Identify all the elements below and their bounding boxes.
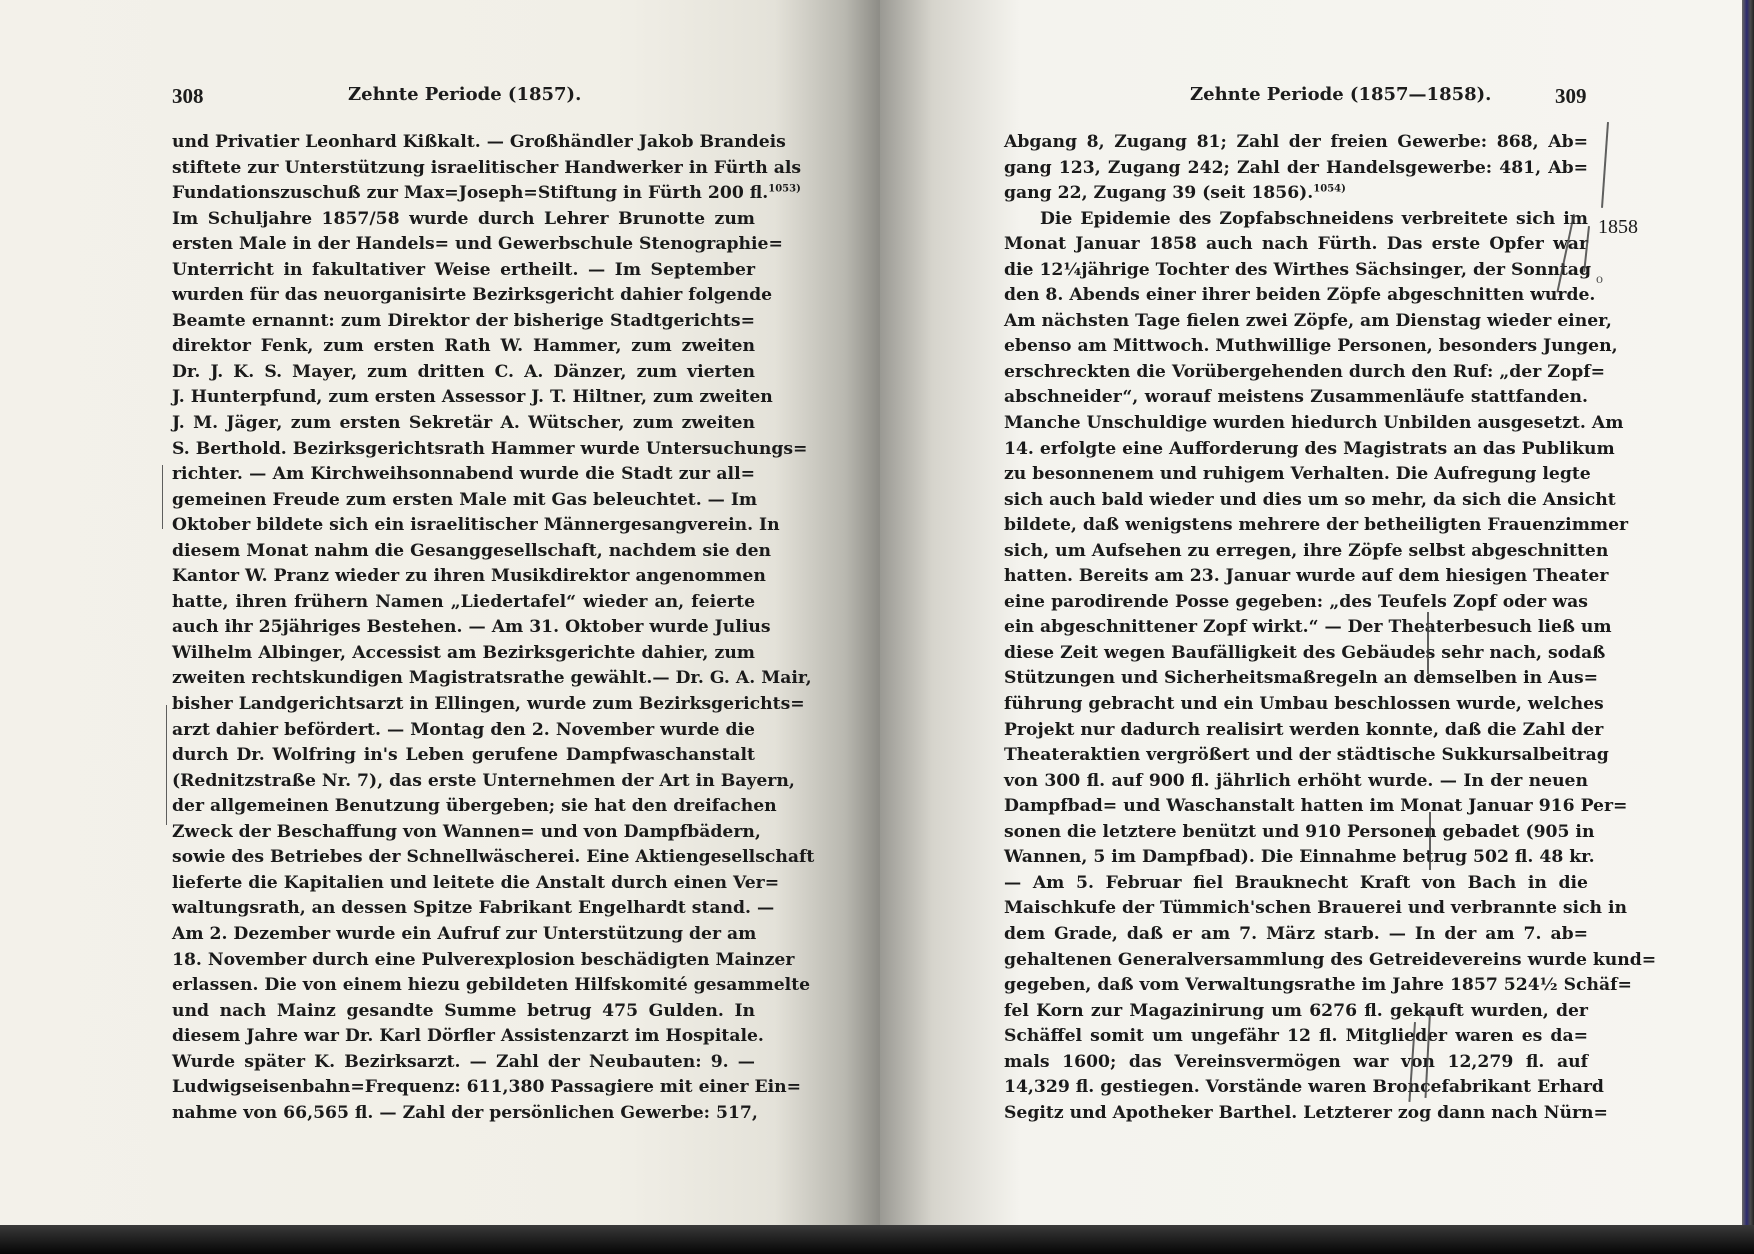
text-line: Segitz und Apotheker Barthel. Letzterer … [1004, 1101, 1588, 1127]
text-line: hatten. Bereits am 23. Januar wurde auf … [1004, 564, 1588, 590]
text-line: wurden für das neuorganisirte Bezirksger… [172, 283, 755, 309]
text-line: S. Berthold. Bezirksgerichtsrath Hammer … [172, 437, 755, 463]
text-line: und nach Mainz gesandte Summe betrug 475… [172, 999, 755, 1025]
text-line: Unterricht in fakultativer Weise ertheil… [172, 258, 755, 284]
text-line: Beamte ernannt: zum Direktor der bisheri… [172, 309, 755, 335]
text-line: gang 22, Zugang 39 (seit 1856).1054) [1004, 181, 1588, 207]
pencil-mark [1427, 612, 1429, 674]
running-title-right: Zehnte Periode (1857—1858). [1190, 84, 1491, 105]
text-line: erlassen. Die von einem hiezu gebildeten… [172, 973, 755, 999]
text-line: J. Hunterpfund, zum ersten Assessor J. T… [172, 385, 755, 411]
text-line: stiftete zur Unterstützung israelitische… [172, 156, 755, 182]
text-line: J. M. Jäger, zum ersten Sekretär A. Wüts… [172, 411, 755, 437]
footnote-ref: 1053) [768, 183, 801, 194]
text-line: mals 1600; das Vereinsvermögen war von 1… [1004, 1050, 1588, 1076]
left-page-body: und Privatier Leonhard Kißkalt. — Großhä… [172, 130, 755, 1126]
text-line: Wurde später K. Bezirksarzt. — Zahl der … [172, 1050, 755, 1076]
page-number-right: 309 [1555, 84, 1587, 109]
text-line: diesem Monat nahm die Gesanggesellschaft… [172, 539, 755, 565]
text-line: Projekt nur dadurch realisirt werden kon… [1004, 718, 1588, 744]
text-line: richter. — Am Kirchweihsonnabend wurde d… [172, 462, 755, 488]
pencil-bracket-mark [166, 705, 167, 825]
text-line: sich auch bald wieder und dies um so meh… [1004, 488, 1588, 514]
text-line: Am nächsten Tage fielen zwei Zöpfe, am D… [1004, 309, 1588, 335]
text-line: nahme von 66,565 fl. — Zahl der persönli… [172, 1101, 755, 1127]
page-edge [1742, 0, 1754, 1225]
text-line: Schäffel somit um ungefähr 12 fl. Mitgli… [1004, 1024, 1588, 1050]
text-line: auch ihr 25jähriges Bestehen. — Am 31. O… [172, 615, 755, 641]
text-line: ein abgeschnittener Zopf wirkt.“ — Der T… [1004, 615, 1588, 641]
text-line: lieferte die Kapitalien und leitete die … [172, 871, 755, 897]
left-page: 308 Zehnte Periode (1857). und Privatier… [0, 0, 880, 1225]
text-line: eine parodirende Posse gegeben: „des Teu… [1004, 590, 1588, 616]
text-line: Manche Unschuldige wurden hiedurch Unbil… [1004, 411, 1588, 437]
text-line: Ludwigseisenbahn=Frequenz: 611,380 Passa… [172, 1075, 755, 1101]
text-line: Monat Januar 1858 auch nach Fürth. Das e… [1004, 232, 1588, 258]
text-line: sich, um Aufsehen zu erregen, ihre Zöpfe… [1004, 539, 1588, 565]
text-line: Dr. J. K. S. Mayer, zum dritten C. A. Dä… [172, 360, 755, 386]
text-line: Die Epidemie des Zopfabschneidens verbre… [1004, 207, 1588, 233]
text-line: Stützungen und Sicherheitsmaßregeln an d… [1004, 666, 1588, 692]
text-line: diesem Jahre war Dr. Karl Dörfler Assist… [172, 1024, 755, 1050]
text-line: gehaltenen Generalversammlung des Getrei… [1004, 948, 1588, 974]
text-line: direktor Fenk, zum ersten Rath W. Hammer… [172, 334, 755, 360]
page-number-left: 308 [172, 84, 204, 109]
text-line: diese Zeit wegen Baufälligkeit des Gebäu… [1004, 641, 1588, 667]
text-line: Fundationszuschuß zur Max=Joseph=Stiftun… [172, 181, 755, 207]
text-line: die 12¼jährige Tochter des Wirthes Sächs… [1004, 258, 1588, 284]
text-line: hatte, ihren frühern Namen „Liedertafel“… [172, 590, 755, 616]
text-line: Dampfbad= und Waschanstalt hatten im Mon… [1004, 794, 1588, 820]
text-line: Im Schuljahre 1857/58 wurde durch Lehrer… [172, 207, 755, 233]
right-page: Zehnte Periode (1857—1858). 309 Abgang 8… [880, 0, 1754, 1225]
scan-bottom-shadow [0, 1225, 1754, 1254]
pencil-mark [1601, 122, 1608, 208]
text-line: Wannen, 5 im Dampfbad). Die Einnahme bet… [1004, 845, 1588, 871]
book-spread: 308 Zehnte Periode (1857). und Privatier… [0, 0, 1754, 1225]
text-line: Maischkufe der Tümmich'schen Brauerei un… [1004, 896, 1588, 922]
text-line: gang 123, Zugang 242; Zahl der Handelsge… [1004, 156, 1588, 182]
text-line: sonen die letztere benützt und 910 Perso… [1004, 820, 1588, 846]
text-line: den 8. Abends einer ihrer beiden Zöpfe a… [1004, 283, 1588, 309]
text-line: arzt dahier befördert. — Montag den 2. N… [172, 718, 755, 744]
text-line: Kantor W. Pranz wieder zu ihren Musikdir… [172, 564, 755, 590]
text-line: zu besonnenem und ruhigem Verhalten. Die… [1004, 462, 1588, 488]
text-line: ersten Male in der Handels= und Gewerbsc… [172, 232, 755, 258]
text-line: Am 2. Dezember wurde ein Aufruf zur Unte… [172, 922, 755, 948]
text-line: (Rednitzstraße Nr. 7), das erste Unterne… [172, 769, 755, 795]
text-line: dem Grade, daß er am 7. März starb. — In… [1004, 922, 1588, 948]
text-line: zweiten rechtskundigen Magistratsrathe g… [172, 666, 755, 692]
margin-year-note: 1858 [1598, 216, 1638, 239]
text-line: Abgang 8, Zugang 81; Zahl der freien Gew… [1004, 130, 1588, 156]
text-line: — Am 5. Februar fiel Brauknecht Kraft vo… [1004, 871, 1588, 897]
text-line: von 300 fl. auf 900 fl. jährlich erhöht … [1004, 769, 1588, 795]
running-title-left: Zehnte Periode (1857). [348, 84, 581, 105]
text-line: der allgemeinen Benutzung übergeben; sie… [172, 794, 755, 820]
pencil-bracket-mark [162, 465, 163, 529]
text-line: durch Dr. Wolfring in's Leben gerufene D… [172, 743, 755, 769]
text-line: waltungsrath, an dessen Spitze Fabrikant… [172, 896, 755, 922]
text-line: führung gebracht und ein Umbau beschloss… [1004, 692, 1588, 718]
text-line: erschreckten die Vorübergehenden durch d… [1004, 360, 1588, 386]
text-line: Wilhelm Albinger, Accessist am Bezirksge… [172, 641, 755, 667]
pencil-mark [1429, 812, 1431, 870]
text-line: 18. November durch eine Pulverexplosion … [172, 948, 755, 974]
text-line: Theateraktien vergrößert und der städtis… [1004, 743, 1588, 769]
text-line: gemeinen Freude zum ersten Male mit Gas … [172, 488, 755, 514]
text-line: und Privatier Leonhard Kißkalt. — Großhä… [172, 130, 755, 156]
text-line: fel Korn zur Magazinirung um 6276 fl. ge… [1004, 999, 1588, 1025]
right-page-body: Abgang 8, Zugang 81; Zahl der freien Gew… [1004, 130, 1588, 1126]
footnote-ref: 1054) [1313, 183, 1346, 194]
text-line: bisher Landgerichtsarzt in Ellingen, wur… [172, 692, 755, 718]
text-line: 14,329 fl. gestiegen. Vorstände waren Br… [1004, 1075, 1588, 1101]
text-line: gegeben, daß vom Verwaltungsrathe im Jah… [1004, 973, 1588, 999]
text-line: ebenso am Mittwoch. Muthwillige Personen… [1004, 334, 1588, 360]
text-line: Oktober bildete sich ein israelitischer … [172, 513, 755, 539]
text-line: 14. erfolgte eine Aufforderung des Magis… [1004, 437, 1588, 463]
text-line: Zweck der Beschaffung von Wannen= und vo… [172, 820, 755, 846]
text-line: sowie des Betriebes der Schnellwäscherei… [172, 845, 755, 871]
pencil-o-mark: o [1596, 272, 1603, 288]
text-line: bildete, daß wenigstens mehrere der beth… [1004, 513, 1588, 539]
text-line: abschneider“, worauf meistens Zusammenlä… [1004, 385, 1588, 411]
